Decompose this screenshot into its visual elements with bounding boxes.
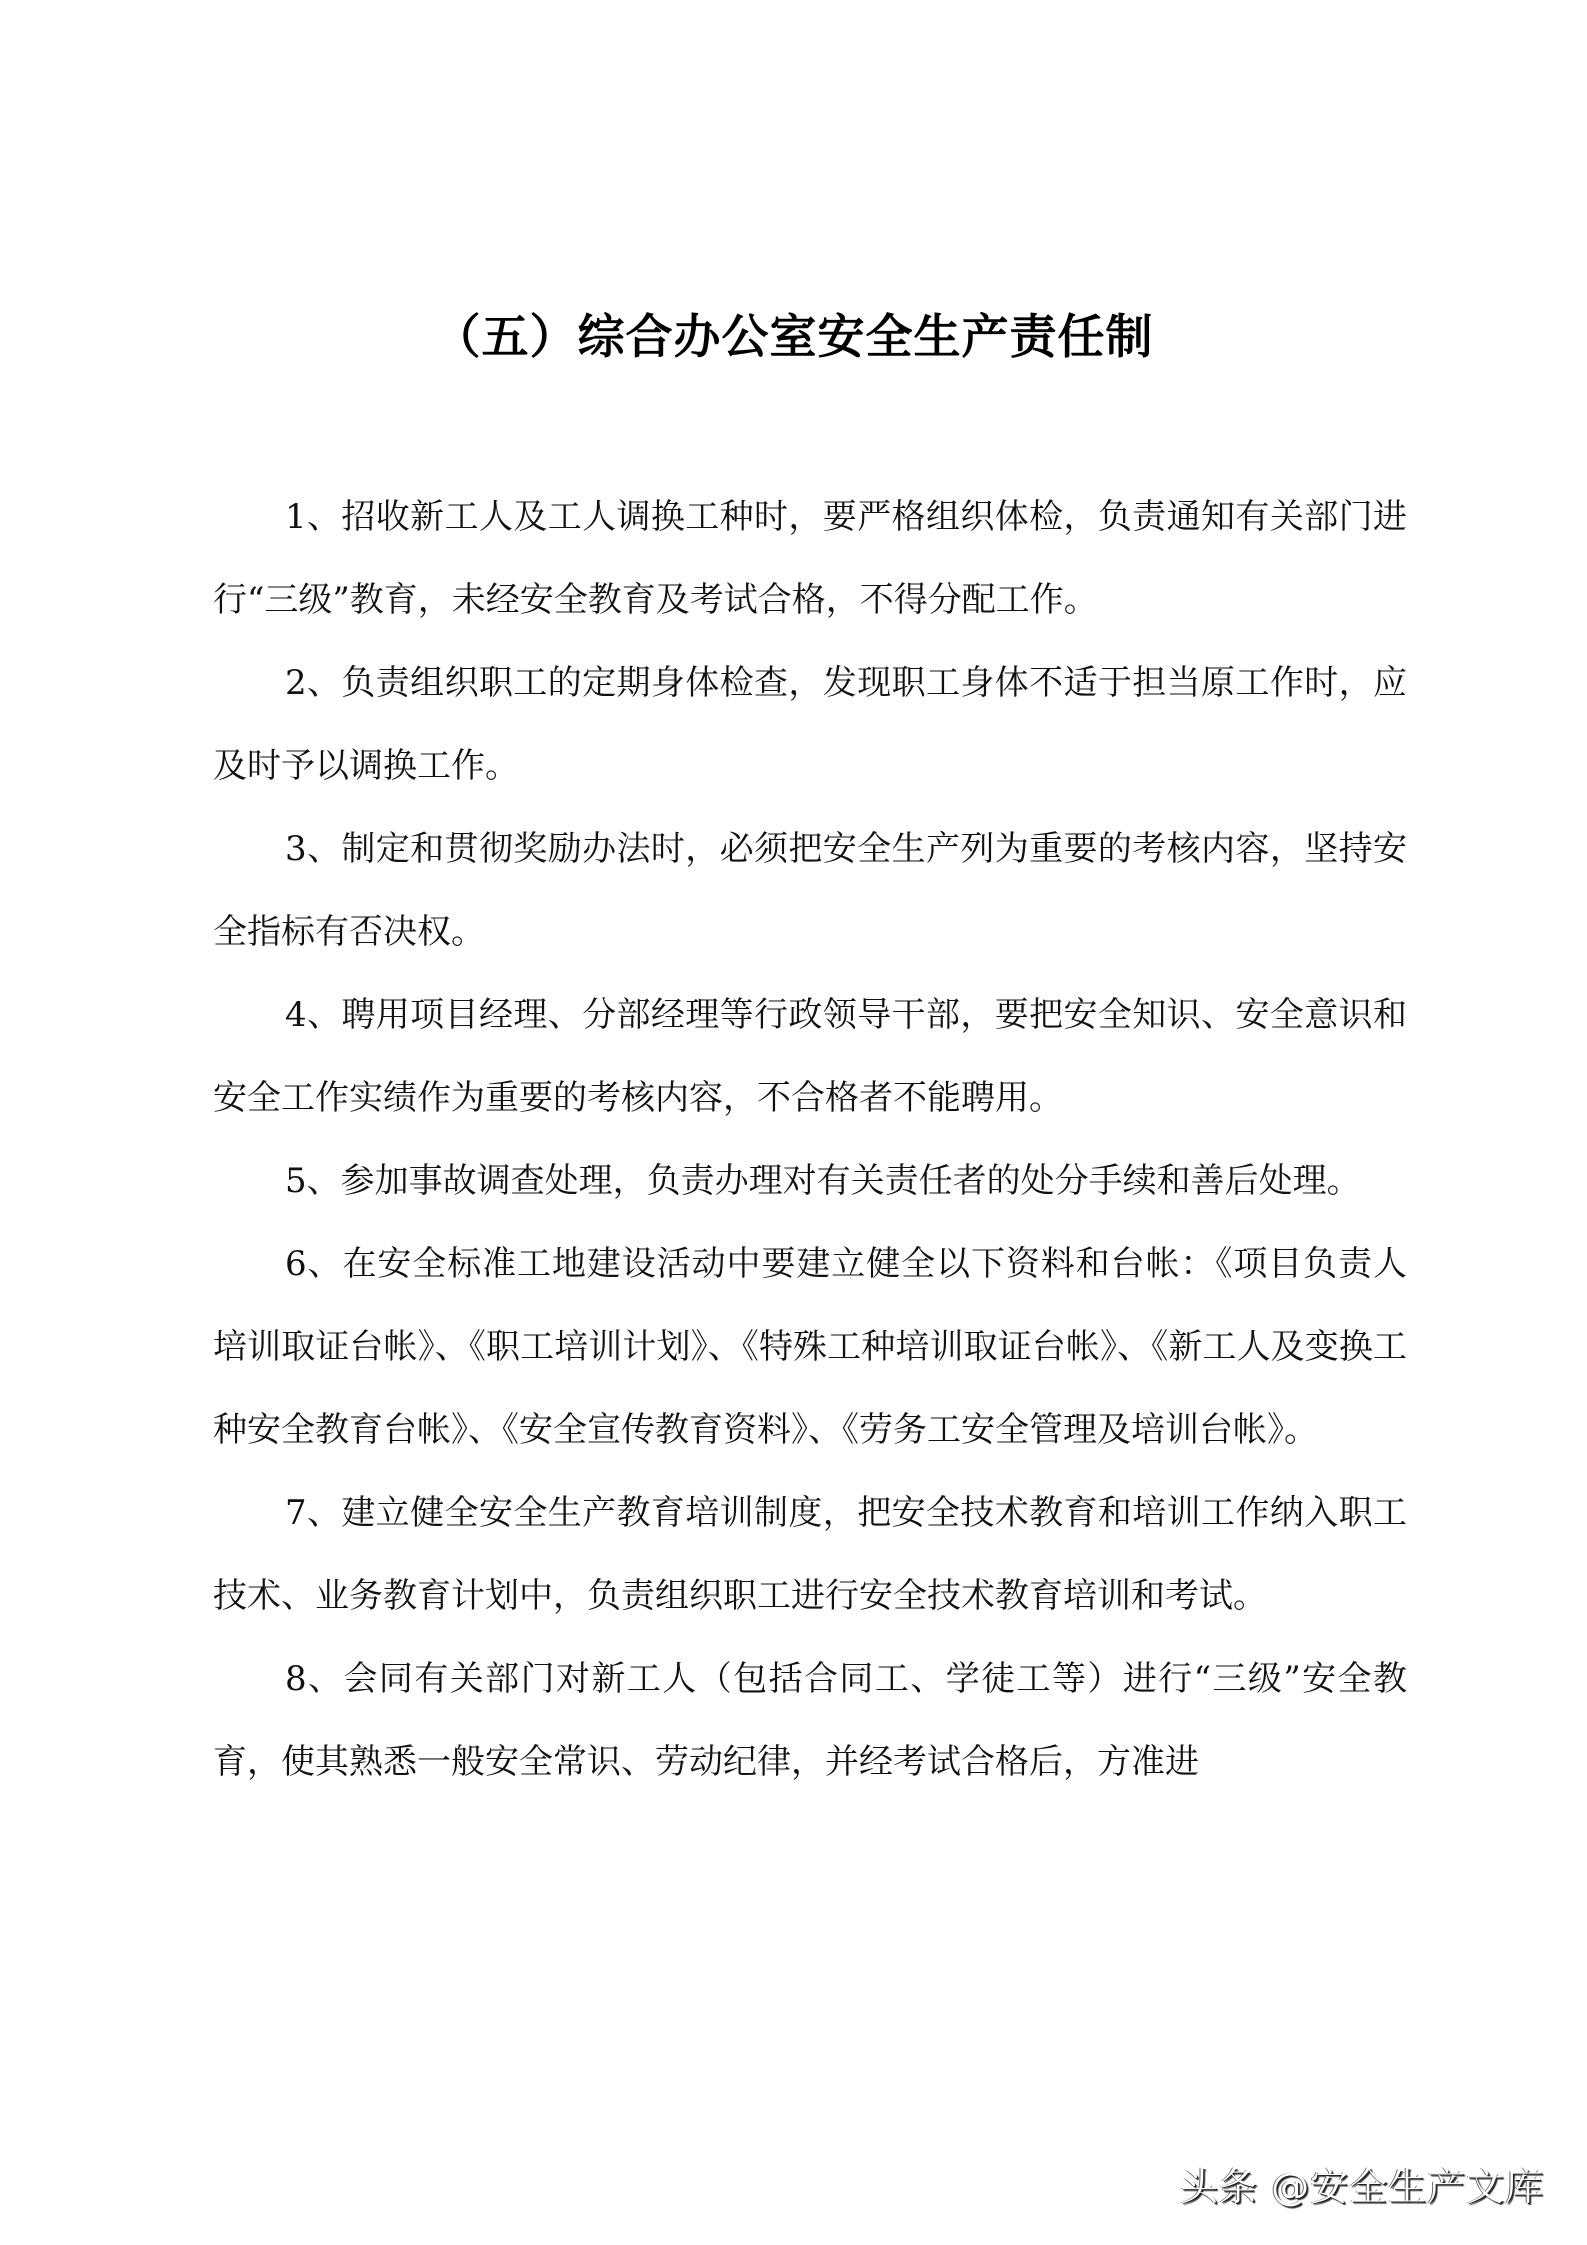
- document-title: （五）综合办公室安全生产责任制: [0, 306, 1587, 370]
- paragraph-5: 5、参加事故调查处理，负责办理对有关责任者的处分手续和善后处理。: [213, 1140, 1407, 1223]
- paragraph-1: 1、招收新工人及工人调换工种时，要严格组织体检，负责通知有关部门进行“三级”教育…: [213, 476, 1407, 642]
- paragraph-2: 2、负责组织职工的定期身体检查，发现职工身体不适于担当原工作时，应及时予以调换工…: [213, 642, 1407, 808]
- paragraph-8: 8、会同有关部门对新工人（包括合同工、学徒工等）进行“三级”安全教育，使其熟悉一…: [213, 1638, 1407, 1804]
- watermark-toutiao: 头条 @安全生产文库: [1180, 2162, 1544, 2212]
- document-body: 1、招收新工人及工人调换工种时，要严格组织体检，负责通知有关部门进行“三级”教育…: [213, 476, 1407, 1804]
- paragraph-3: 3、制定和贯彻奖励办法时，必须把安全生产列为重要的考核内容，坚持安全指标有否决权…: [213, 808, 1407, 974]
- paragraph-6: 6、在安全标准工地建设活动中要建立健全以下资料和台帐：《项目负责人培训取证台帐》…: [213, 1223, 1407, 1472]
- paragraph-7: 7、建立健全安全生产教育培训制度，把安全技术教育和培训工作纳入职工技术、业务教育…: [213, 1472, 1407, 1638]
- document-page: （五）综合办公室安全生产责任制 1、招收新工人及工人调换工种时，要严格组织体检，…: [0, 0, 1587, 2245]
- paragraph-4: 4、聘用项目经理、分部经理等行政领导干部，要把安全知识、安全意识和安全工作实绩作…: [213, 974, 1407, 1140]
